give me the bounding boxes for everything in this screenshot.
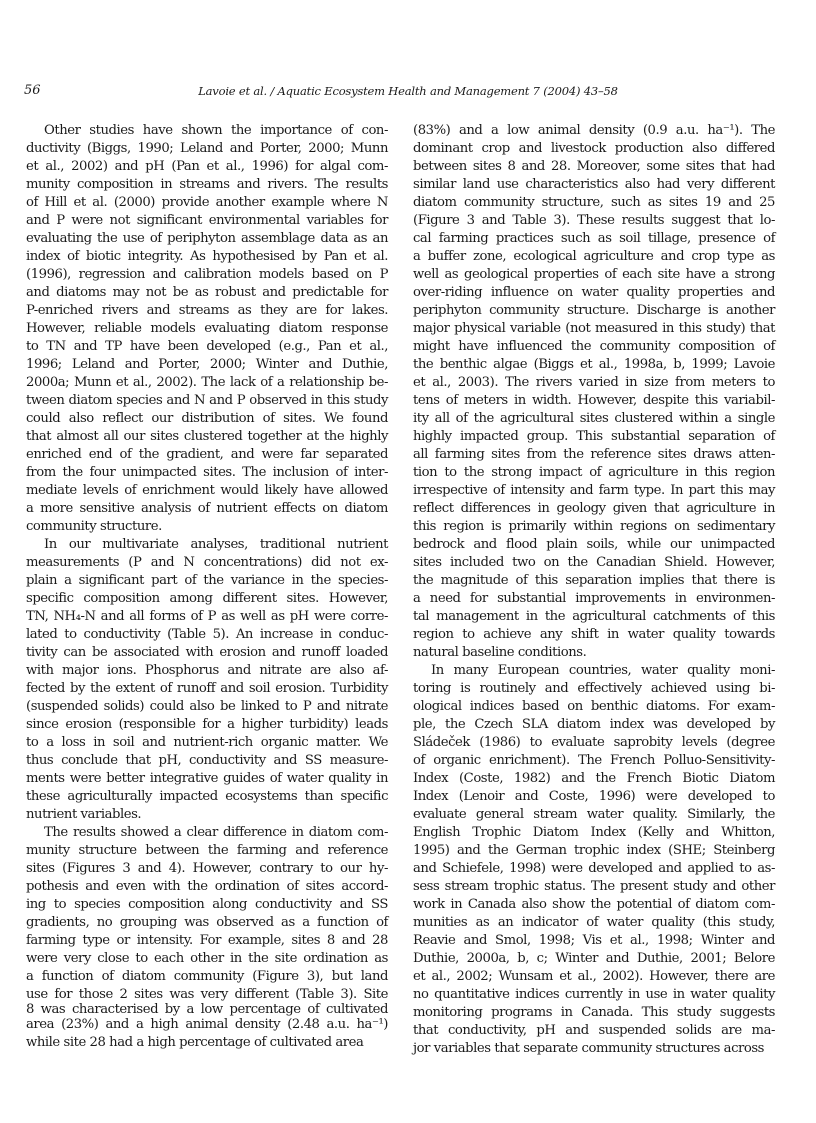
text-line: could also reflect our distribution of s…: [26, 410, 388, 428]
text-line: a buffer zone, ecological agriculture an…: [413, 248, 775, 266]
text-line: cal farming practices such as soil tilla…: [413, 230, 775, 248]
text-line: Index (Coste, 1982) and the French Bioti…: [413, 770, 775, 788]
text-line: specific composition among different sit…: [26, 590, 388, 608]
text-line: TN, NH₄-N and all forms of P as well as …: [26, 608, 388, 626]
text-line: nutrient variables.: [26, 806, 388, 824]
text-line: of organic enrichment). The French Pollu…: [413, 752, 775, 770]
text-line: (1996), regression and calibration model…: [26, 266, 388, 284]
text-line: between sites 8 and 28. Moreover, some s…: [413, 158, 775, 176]
text-line: from the four unimpacted sites. The incl…: [26, 464, 388, 482]
text-line: munity structure between the farming and…: [26, 842, 388, 860]
text-line: natural baseline conditions.: [413, 644, 775, 662]
text-line: (suspended solids) could also be linked …: [26, 698, 388, 716]
text-line: irrespective of intensity and farm type.…: [413, 482, 775, 500]
text-line: diatom community structure, such as site…: [413, 194, 775, 212]
text-line: English Trophic Diatom Index (Kelly and …: [413, 824, 775, 842]
text-line: no quantitative indices currently in use…: [413, 986, 775, 1004]
text-line: sites (Figures 3 and 4). However, contra…: [26, 860, 388, 878]
text-line: farming type or intensity. For example, …: [26, 932, 388, 950]
left-column: Other studies have shown the importance …: [26, 122, 388, 1052]
text-line: ity all of the agricultural sites cluste…: [413, 410, 775, 428]
text-line: bedrock and flood plain soils, while our…: [413, 536, 775, 554]
text-line: reflect differences in geology given tha…: [413, 500, 775, 518]
text-line: to TN and TP have been developed (e.g., …: [26, 338, 388, 356]
text-line: of Hill et al. (2000) provide another ex…: [26, 194, 388, 212]
text-line: these agriculturally impacted ecosystems…: [26, 788, 388, 806]
text-line: community structure.: [26, 518, 388, 536]
text-line: well as geological properties of each si…: [413, 266, 775, 284]
text-line: dominant crop and livestock production a…: [413, 140, 775, 158]
text-line: lated to conductivity (Table 5). An incr…: [26, 626, 388, 644]
text-line: fected by the extent of runoff and soil …: [26, 680, 388, 698]
text-line: 1995) and the German trophic index (SHE;…: [413, 842, 775, 860]
text-line: thus conclude that pH, conductivity and …: [26, 752, 388, 770]
text-line: that conductivity, pH and suspended soli…: [413, 1022, 775, 1040]
text-line: monitoring programs in Canada. This stud…: [413, 1004, 775, 1022]
text-line: gradients, no grouping was observed as a…: [26, 914, 388, 932]
text-line: 2000a; Munn et al., 2002). The lack of a…: [26, 374, 388, 392]
text-line: a function of diatom community (Figure 3…: [26, 968, 388, 986]
text-line: with major ions. Phosphorus and nitrate …: [26, 662, 388, 680]
text-line: (83%) and a low animal density (0.9 a.u.…: [413, 122, 775, 140]
text-line: ological indices based on benthic diatom…: [413, 698, 775, 716]
text-line: might have influenced the community comp…: [413, 338, 775, 356]
text-line: Duthie, 2000a, b, c; Winter and Duthie, …: [413, 950, 775, 968]
text-line: sess stream trophic status. The present …: [413, 878, 775, 896]
text-line: In many European countries, water qualit…: [413, 662, 775, 680]
running-head: Lavoie et al. / Aquatic Ecosystem Health…: [0, 84, 816, 98]
text-line: mediate levels of enrichment would likel…: [26, 482, 388, 500]
text-line: were very close to each other in the sit…: [26, 950, 388, 968]
text-line: et al., 2003). The rivers varied in size…: [413, 374, 775, 392]
text-line: tal management in the agricultural catch…: [413, 608, 775, 626]
text-line: region to achieve any shift in water qua…: [413, 626, 775, 644]
text-line: evaluate general stream water quality. S…: [413, 806, 775, 824]
text-line: index of biotic integrity. As hypothesis…: [26, 248, 388, 266]
text-line: and P were not significant environmental…: [26, 212, 388, 230]
text-line: the magnitude of this separation implies…: [413, 572, 775, 590]
text-line: all farming sites from the reference sit…: [413, 446, 775, 464]
text-line: ments were better integrative guides of …: [26, 770, 388, 788]
text-line: However, reliable models evaluating diat…: [26, 320, 388, 338]
text-line: sites included two on the Canadian Shiel…: [413, 554, 775, 572]
text-line: tivity can be associated with erosion an…: [26, 644, 388, 662]
text-line: and diatoms may not be as robust and pre…: [26, 284, 388, 302]
text-line: Sládeček (1986) to evaluate saprobity le…: [413, 734, 775, 752]
text-line: area (23%) and a high animal density (2.…: [26, 1016, 388, 1034]
text-line: highly impacted group. This substantial …: [413, 428, 775, 446]
text-line: et al., 2002) and pH (Pan et al., 1996) …: [26, 158, 388, 176]
text-line: the benthic algae (Biggs et al., 1998a, …: [413, 356, 775, 374]
text-line: Index (Lenoir and Coste, 1996) were deve…: [413, 788, 775, 806]
text-line: a more sensitive analysis of nutrient ef…: [26, 500, 388, 518]
text-line: since erosion (responsible for a higher …: [26, 716, 388, 734]
right-column: (83%) and a low animal density (0.9 a.u.…: [413, 122, 775, 1058]
text-line: munities as an indicator of water qualit…: [413, 914, 775, 932]
text-line: work in Canada also show the potential o…: [413, 896, 775, 914]
text-line: P-enriched rivers and streams as they ar…: [26, 302, 388, 320]
text-line: major physical variable (not measured in…: [413, 320, 775, 338]
text-line: jor variables that separate community st…: [413, 1040, 775, 1058]
text-line: similar land use characteristics also ha…: [413, 176, 775, 194]
text-line: to a loss in soil and nutrient-rich orga…: [26, 734, 388, 752]
text-line: a need for substantial improvements in e…: [413, 590, 775, 608]
text-line: The results showed a clear difference in…: [26, 824, 388, 842]
text-line: plain a significant part of the variance…: [26, 572, 388, 590]
text-line: over-riding influence on water quality p…: [413, 284, 775, 302]
text-line: toring is routinely and effectively achi…: [413, 680, 775, 698]
text-line: tween diatom species and N and P observe…: [26, 392, 388, 410]
text-line: while site 28 had a high percentage of c…: [26, 1034, 388, 1052]
text-line: tion to the strong impact of agriculture…: [413, 464, 775, 482]
text-line: measurements (P and N concentrations) di…: [26, 554, 388, 572]
text-line: this region is primarily within regions …: [413, 518, 775, 536]
text-line: and Schiefele, 1998) were developed and …: [413, 860, 775, 878]
text-line: munity composition in streams and rivers…: [26, 176, 388, 194]
text-line: Reavie and Smol, 1998; Vis et al., 1998;…: [413, 932, 775, 950]
text-line: Other studies have shown the importance …: [26, 122, 388, 140]
text-line: periphyton community structure. Discharg…: [413, 302, 775, 320]
text-line: ductivity (Biggs, 1990; Leland and Porte…: [26, 140, 388, 158]
text-line: evaluating the use of periphyton assembl…: [26, 230, 388, 248]
text-line: 8 was characterised by a low percentage …: [26, 1004, 388, 1016]
text-line: that almost all our sites clustered toge…: [26, 428, 388, 446]
text-line: tens of meters in width. However, despit…: [413, 392, 775, 410]
text-line: 1996; Leland and Porter, 2000; Winter an…: [26, 356, 388, 374]
text-line: ple, the Czech SLA diatom index was deve…: [413, 716, 775, 734]
text-line: enriched end of the gradient, and were f…: [26, 446, 388, 464]
text-line: pothesis and even with the ordination of…: [26, 878, 388, 896]
text-line: (Figure 3 and Table 3). These results su…: [413, 212, 775, 230]
text-line: In our multivariate analyses, traditiona…: [26, 536, 388, 554]
text-line: ing to species composition along conduct…: [26, 896, 388, 914]
text-line: et al., 2002; Wunsam et al., 2002). Howe…: [413, 968, 775, 986]
